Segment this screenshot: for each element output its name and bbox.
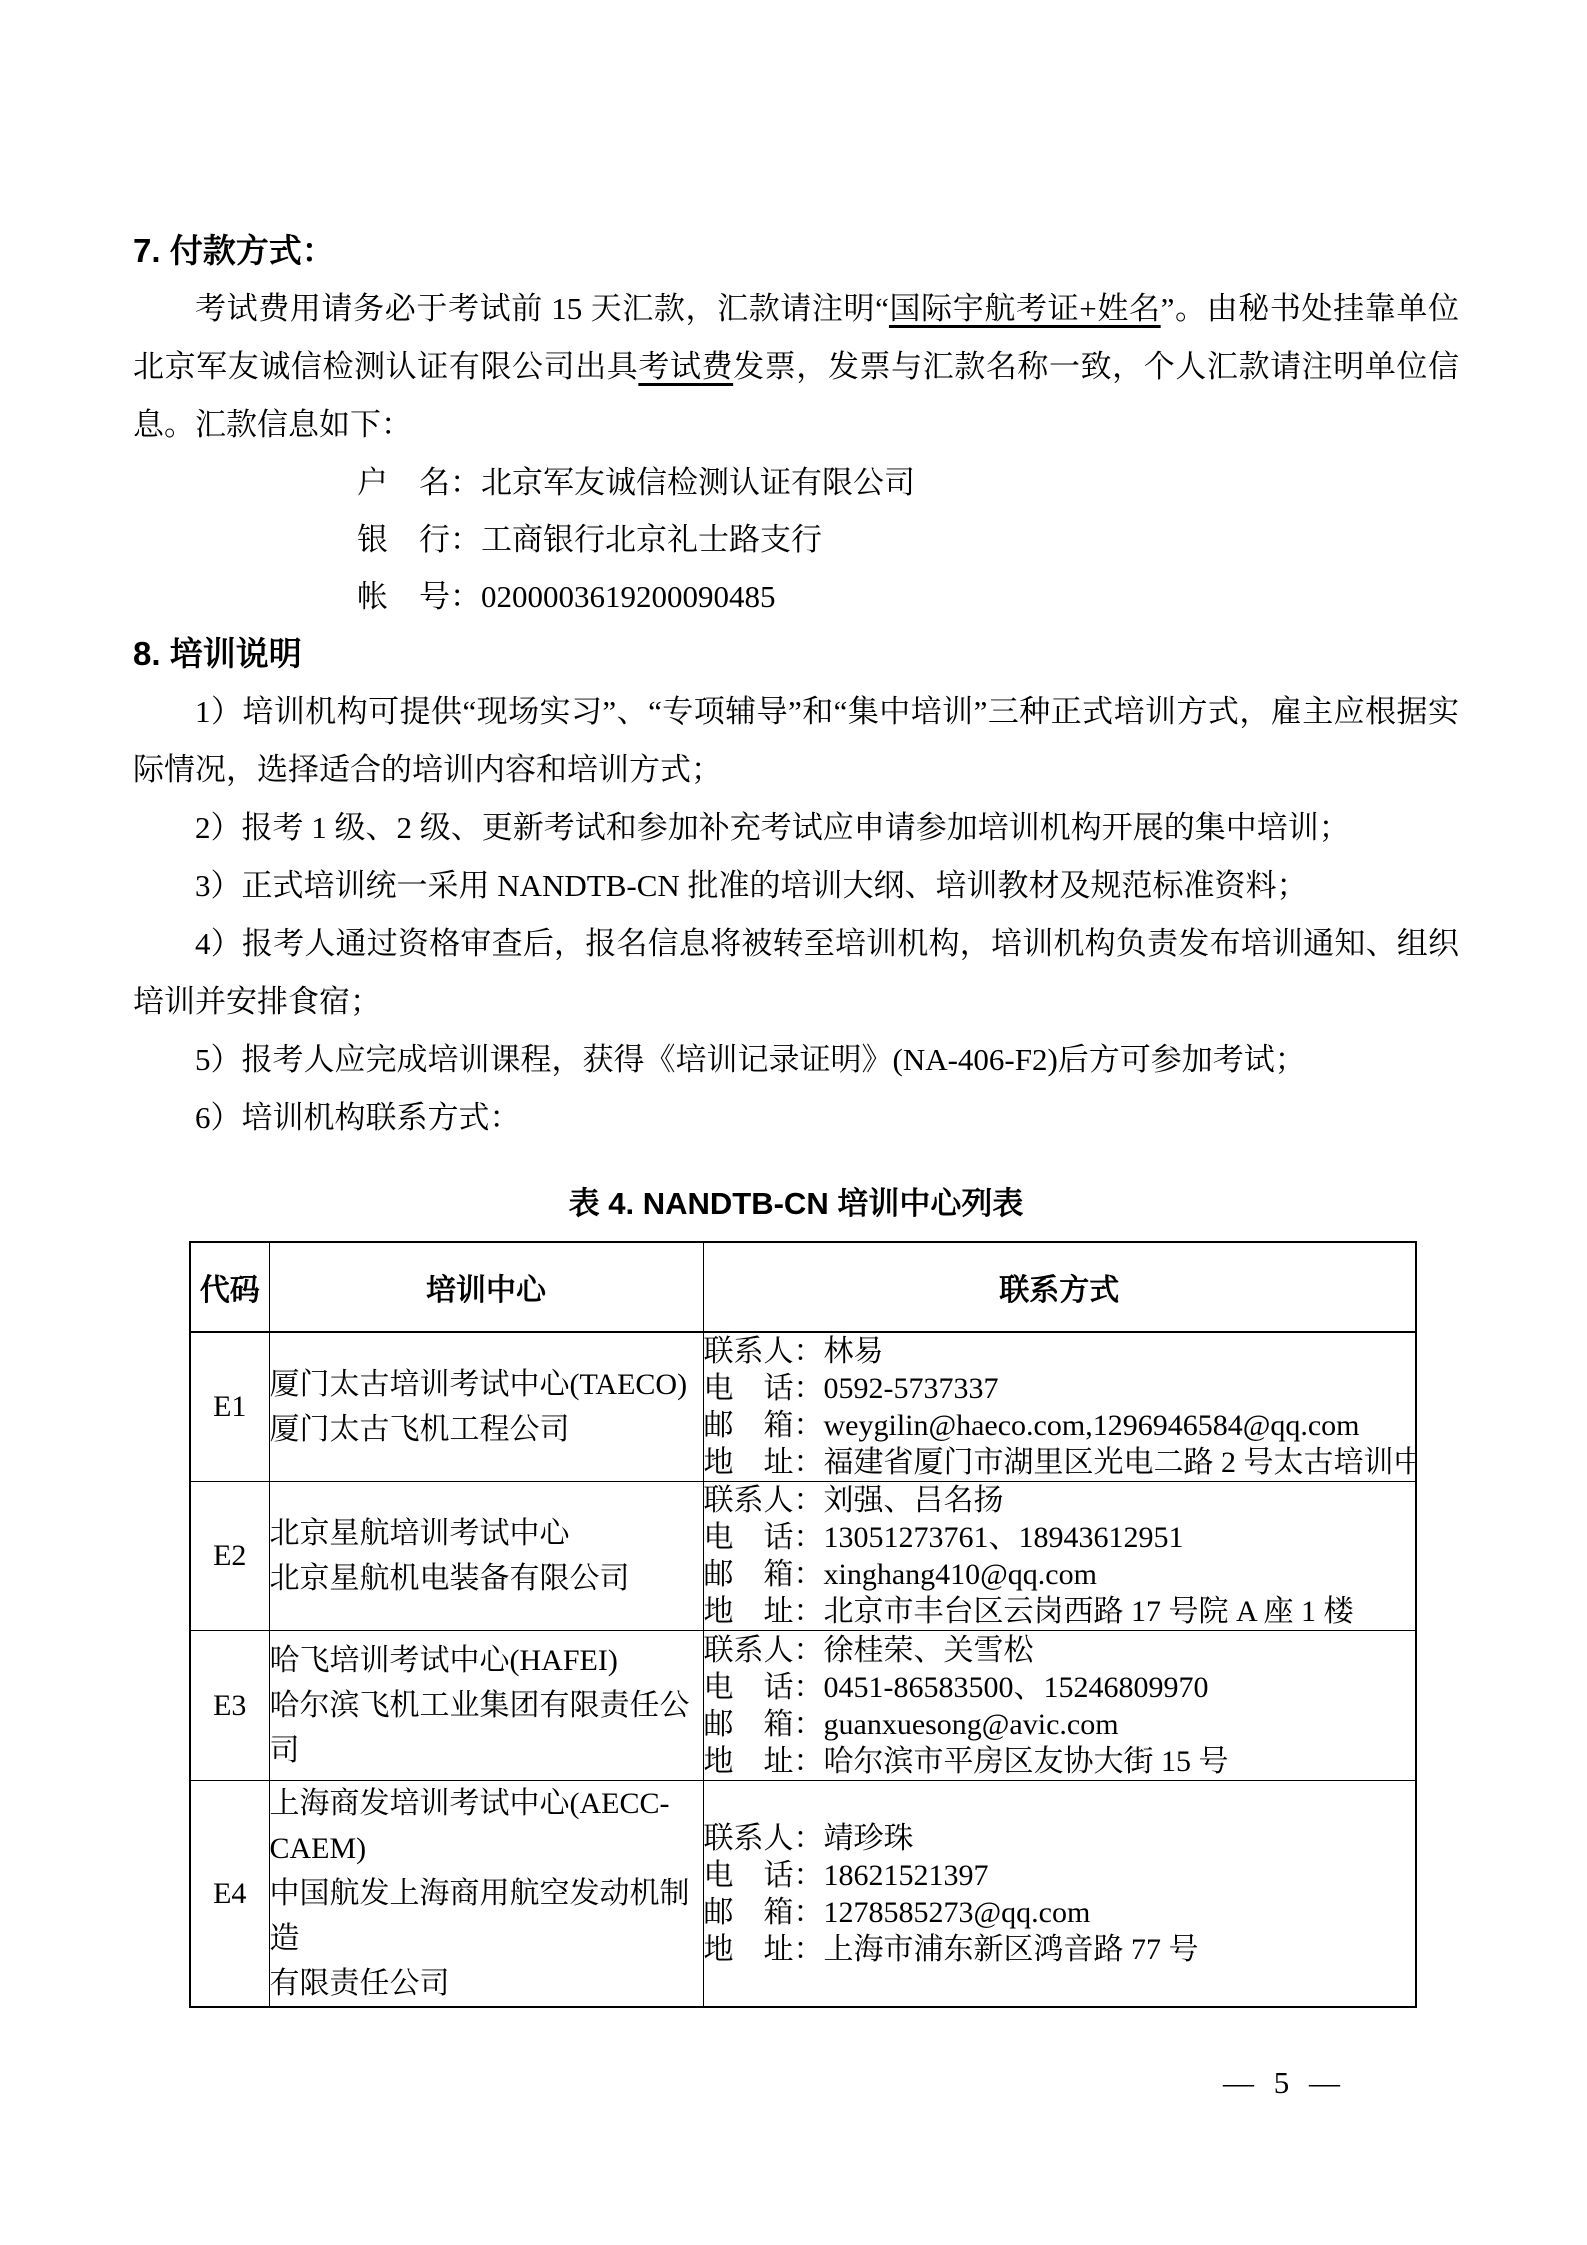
row-e2-contact-person: 联系人：刘强、吕名扬	[704, 1482, 1416, 1519]
row-e1-center-line2: 厦门太古飞机工程公司	[270, 1407, 703, 1452]
row-e2-contact-address: 地 址：北京市丰台区云岗西路 17 号院 A 座 1 楼	[704, 1593, 1416, 1630]
row-e4-contact-person: 联系人：靖珍珠	[704, 1820, 1416, 1857]
row-e1-contact-address: 地 址：福建省厦门市湖里区光电二路 2 号太古培训中心	[704, 1444, 1416, 1481]
document-page: 7. 付款方式： 考试费用请务必于考试前 15 天汇款，汇款请注明“国际宇航考证…	[0, 0, 1587, 2245]
contact-email-label: 邮 箱：	[704, 1896, 824, 1929]
row-e3-contact-email: 邮 箱：guanxuesong@avic.com	[704, 1706, 1416, 1743]
row-e3-center-line1: 哈飞培训考试中心(HAFEI)	[270, 1638, 703, 1683]
contact-person-value: 刘强、吕名扬	[824, 1484, 1004, 1517]
row-e4-center: 上海商发培训考试中心(AECC-CAEM) 中国航发上海商用航空发动机制造 有限…	[269, 1781, 703, 2008]
contact-person-value: 林易	[824, 1335, 884, 1368]
contact-phone-label: 电 话：	[704, 1372, 824, 1405]
contact-email-value: 1278585273@qq.com	[824, 1896, 1091, 1929]
contact-phone-label: 电 话：	[704, 1859, 824, 1892]
table-header-row: 代码 培训中心 联系方式	[190, 1242, 1416, 1332]
training-item-4: 4）报考人通过资格审查后，报名信息将被转至培训机构，培训机构负责发布培训通知、组…	[133, 915, 1459, 1031]
contact-address-value: 哈尔滨市平房区友协大街 15 号	[824, 1745, 1229, 1778]
contact-address-value: 北京市丰台区云岗西路 17 号院 A 座 1 楼	[824, 1595, 1354, 1628]
contact-phone-label: 电 话：	[704, 1671, 824, 1704]
row-e1-center: 厦门太古培训考试中心(TAECO) 厦门太古飞机工程公司	[269, 1332, 703, 1482]
training-item-6: 6）培训机构联系方式：	[133, 1089, 1459, 1147]
bank-account-number-label: 帐 号：	[357, 579, 481, 614]
row-e4-contact-address: 地 址：上海市浦东新区鸿音路 77 号	[704, 1931, 1416, 1968]
row-e2-contact-email: 邮 箱：xinghang410@qq.com	[704, 1556, 1416, 1593]
table-header-code: 代码	[190, 1242, 269, 1332]
row-e3-center-line2: 哈尔滨飞机工业集团有限责任公司	[270, 1683, 703, 1773]
contact-email-label: 邮 箱：	[704, 1558, 824, 1591]
payment-paragraph-underline-1: 国际宇航考证+姓名	[889, 291, 1161, 326]
payment-paragraph-underline-2: 考试费	[638, 349, 733, 384]
bank-name-line: 银 行：工商银行北京礼士路支行	[357, 511, 1459, 568]
payment-paragraph: 考试费用请务必于考试前 15 天汇款，汇款请注明“国际宇航考证+姓名”。由秘书处…	[133, 280, 1459, 454]
row-e2-center-line2: 北京星航机电装备有限公司	[270, 1556, 703, 1601]
table-row-e3: E3 哈飞培训考试中心(HAFEI) 哈尔滨飞机工业集团有限责任公司 联系人：徐…	[190, 1631, 1416, 1781]
bank-name-value: 工商银行北京礼士路支行	[481, 522, 822, 557]
row-e1-contact-email: 邮 箱：weygilin@haeco.com,1296946584@qq.com	[704, 1407, 1416, 1444]
row-e2-contact-phone: 电 话：13051273761、18943612951	[704, 1519, 1416, 1556]
page-number-footer: — 5 —	[1223, 2066, 1340, 2100]
contact-person-label: 联系人：	[704, 1335, 824, 1368]
row-e1-contact-person: 联系人：林易	[704, 1333, 1416, 1370]
bank-account-name-label: 户 名：	[357, 465, 481, 500]
table-row-e2: E2 北京星航培训考试中心 北京星航机电装备有限公司 联系人：刘强、吕名扬 电 …	[190, 1482, 1416, 1631]
row-e1-code: E1	[190, 1332, 269, 1482]
contact-email-value: xinghang410@qq.com	[824, 1558, 1097, 1591]
contact-phone-label: 电 话：	[704, 1521, 824, 1554]
bank-info-block: 户 名：北京军友诚信检测认证有限公司 银 行：工商银行北京礼士路支行 帐 号：0…	[133, 454, 1459, 625]
contact-address-value: 福建省厦门市湖里区光电二路 2 号太古培训中心	[824, 1446, 1416, 1479]
row-e3-contact-phone: 电 话：0451-86583500、15246809970	[704, 1669, 1416, 1706]
document-content: 7. 付款方式： 考试费用请务必于考试前 15 天汇款，汇款请注明“国际宇航考证…	[133, 222, 1459, 2008]
row-e4-contact-email: 邮 箱：1278585273@qq.com	[704, 1894, 1416, 1931]
row-e4-code: E4	[190, 1781, 269, 2008]
row-e4-center-line3: 有限责任公司	[270, 1961, 703, 2006]
table-header-contact: 联系方式	[703, 1242, 1416, 1332]
contact-person-label: 联系人：	[704, 1634, 824, 1667]
contact-address-label: 地 址：	[704, 1446, 824, 1479]
contact-email-value: weygilin@haeco.com,1296946584@qq.com	[824, 1409, 1360, 1442]
bank-account-number-value: 0200003619200090485	[481, 579, 776, 614]
row-e4-contact-phone: 电 话：18621521397	[704, 1857, 1416, 1894]
row-e4-contact: 联系人：靖珍珠 电 话：18621521397 邮 箱：1278585273@q…	[703, 1781, 1416, 2008]
row-e1-contact: 联系人：林易 电 话：0592-5737337 邮 箱：weygilin@hae…	[703, 1332, 1416, 1482]
row-e3-contact-person: 联系人：徐桂荣、关雪松	[704, 1632, 1416, 1669]
contact-email-label: 邮 箱：	[704, 1409, 824, 1442]
bank-account-number-line: 帐 号：0200003619200090485	[357, 568, 1459, 625]
bank-account-name-line: 户 名：北京军友诚信检测认证有限公司	[357, 454, 1459, 511]
contact-email-value: guanxuesong@avic.com	[824, 1708, 1119, 1741]
training-item-2: 2）报考 1 级、2 级、更新考试和参加补充考试应申请参加培训机构开展的集中培训…	[133, 799, 1459, 857]
payment-paragraph-seg1: 考试费用请务必于考试前 15 天汇款，汇款请注明“	[195, 291, 889, 326]
contact-phone-value: 0592-5737337	[824, 1372, 999, 1405]
contact-person-label: 联系人：	[704, 1822, 824, 1855]
contact-person-value: 徐桂荣、关雪松	[824, 1634, 1034, 1667]
contact-address-label: 地 址：	[704, 1933, 824, 1966]
training-item-3: 3）正式培训统一采用 NANDTB-CN 批准的培训大纲、培训教材及规范标准资料…	[133, 857, 1459, 915]
row-e3-contact: 联系人：徐桂荣、关雪松 电 话：0451-86583500、1524680997…	[703, 1631, 1416, 1781]
bank-name-label: 银 行：	[357, 522, 481, 557]
section-7-heading: 7. 付款方式：	[133, 222, 1459, 280]
contact-email-label: 邮 箱：	[704, 1708, 824, 1741]
training-item-5: 5）报考人应完成培训课程，获得《培训记录证明》(NA-406-F2)后方可参加考…	[133, 1031, 1459, 1089]
row-e3-code: E3	[190, 1631, 269, 1781]
row-e2-center: 北京星航培训考试中心 北京星航机电装备有限公司	[269, 1482, 703, 1631]
row-e3-contact-address: 地 址：哈尔滨市平房区友协大街 15 号	[704, 1743, 1416, 1780]
row-e4-center-line1: 上海商发培训考试中心(AECC-CAEM)	[270, 1781, 703, 1871]
row-e2-contact: 联系人：刘强、吕名扬 电 话：13051273761、18943612951 邮…	[703, 1482, 1416, 1631]
table-header-center: 培训中心	[269, 1242, 703, 1332]
row-e2-center-line1: 北京星航培训考试中心	[270, 1511, 703, 1556]
table-4-title: 表 4. NANDTB-CN 培训中心列表	[133, 1175, 1459, 1233]
training-item-1: 1）培训机构可提供“现场实习”、“专项辅导”和“集中培训”三种正式培训方式，雇主…	[133, 683, 1459, 799]
row-e4-center-line2: 中国航发上海商用航空发动机制造	[270, 1871, 703, 1961]
row-e1-contact-phone: 电 话：0592-5737337	[704, 1370, 1416, 1407]
training-centers-table: 代码 培训中心 联系方式 E1 厦门太古培训考试中心(TAECO) 厦门太古飞机…	[189, 1241, 1417, 2008]
bank-account-name-value: 北京军友诚信检测认证有限公司	[481, 465, 915, 500]
contact-person-label: 联系人：	[704, 1484, 824, 1517]
section-8-heading: 8. 培训说明	[133, 625, 1459, 683]
contact-phone-value: 0451-86583500、15246809970	[824, 1671, 1209, 1704]
contact-phone-value: 18621521397	[824, 1859, 989, 1892]
table-row-e4: E4 上海商发培训考试中心(AECC-CAEM) 中国航发上海商用航空发动机制造…	[190, 1781, 1416, 2008]
contact-address-label: 地 址：	[704, 1595, 824, 1628]
row-e3-center: 哈飞培训考试中心(HAFEI) 哈尔滨飞机工业集团有限责任公司	[269, 1631, 703, 1781]
contact-address-value: 上海市浦东新区鸿音路 77 号	[824, 1933, 1199, 1966]
row-e2-code: E2	[190, 1482, 269, 1631]
contact-person-value: 靖珍珠	[824, 1822, 914, 1855]
row-e1-center-line1: 厦门太古培训考试中心(TAECO)	[270, 1362, 703, 1407]
table-row-e1: E1 厦门太古培训考试中心(TAECO) 厦门太古飞机工程公司 联系人：林易 电…	[190, 1332, 1416, 1482]
contact-phone-value: 13051273761、18943612951	[824, 1521, 1184, 1554]
contact-address-label: 地 址：	[704, 1745, 824, 1778]
